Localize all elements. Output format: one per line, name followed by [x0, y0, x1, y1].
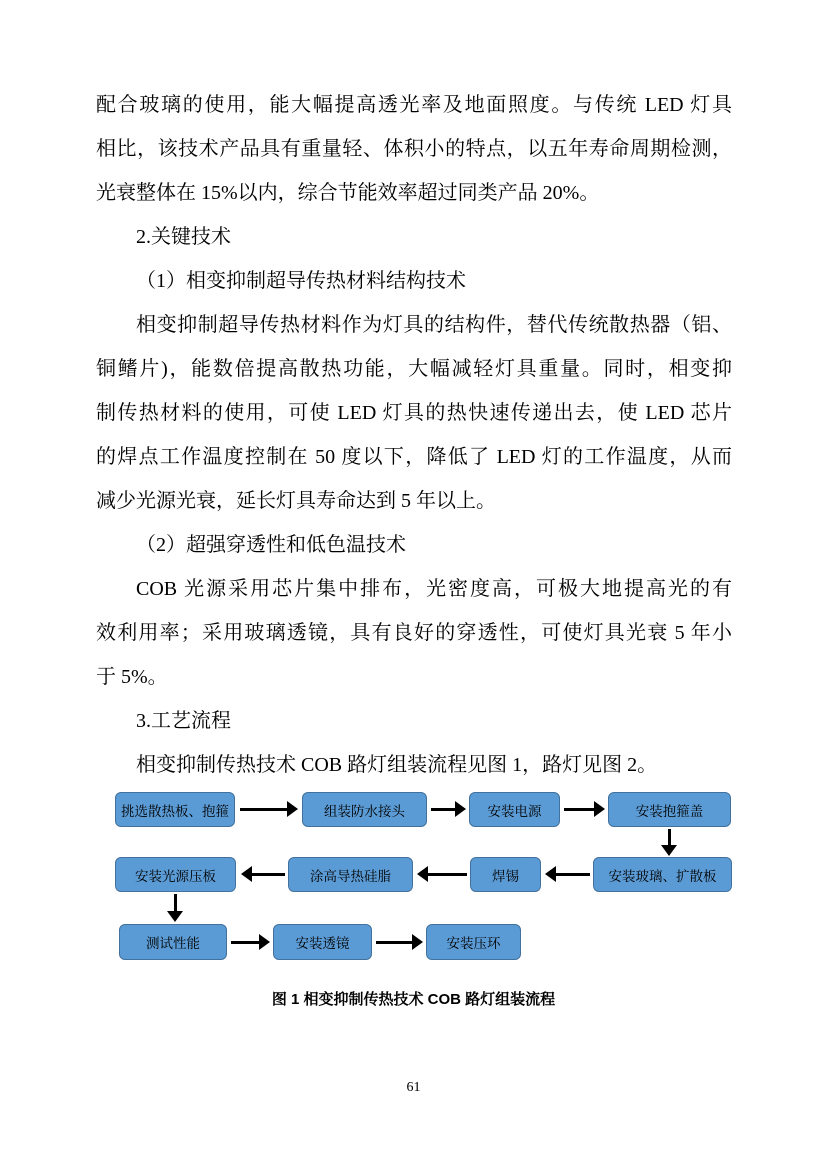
node-install-pressure-ring: 安装压环: [426, 924, 521, 960]
heading-process-flow: 3.工艺流程: [96, 699, 732, 743]
node-install-glass-diffuser: 安装玻璃、扩散板: [593, 857, 732, 892]
flow-arrow-left-icon: [545, 866, 590, 882]
body-line: 的焊点工作温度控制在 50 度以下，降低了 LED 灯的工作温度，从而: [96, 435, 732, 479]
flow-arrow-down-icon: [167, 894, 183, 922]
body-line: 相比，该技术产品具有重量轻、体积小的特点，以五年寿命周期检测，: [96, 127, 732, 171]
body-line: 于 5%。: [96, 655, 732, 699]
flow-arrow-left-icon: [241, 866, 285, 882]
node-test-performance: 测试性能: [119, 924, 227, 960]
node-install-hoop-cover: 安装抱箍盖: [608, 792, 731, 827]
body-line: 相变抑制传热技术 COB 路灯组装流程见图 1，路灯见图 2。: [96, 743, 732, 787]
body-line: 光衰整体在 15%以内，综合节能效率超过同类产品 20%。: [96, 171, 732, 215]
body-text: 配合玻璃的使用，能大幅提高透光率及地面照度。与传统 LED 灯具 相比，该技术产…: [96, 83, 732, 787]
flow-arrow-right-icon: [431, 801, 466, 817]
heading-key-technology: 2.关键技术: [96, 215, 732, 259]
document-page: 配合玻璃的使用，能大幅提高透光率及地面照度。与传统 LED 灯具 相比，该技术产…: [0, 0, 827, 1169]
node-soldering: 焊锡: [470, 857, 541, 892]
body-line: COB 光源采用芯片集中排布，光密度高，可极大地提高光的有: [96, 567, 732, 611]
body-line: 相变抑制超导传热材料作为灯具的结构件，替代传统散热器（铝、: [96, 303, 732, 347]
flow-arrow-left-icon: [417, 866, 467, 882]
page-number: 61: [0, 1080, 827, 1096]
node-install-light-source-plate: 安装光源压板: [115, 857, 236, 892]
flow-arrow-down-icon: [661, 829, 677, 856]
body-line: 效利用率；采用玻璃透镜，具有良好的穿透性，可使灯具光衰 5 年小: [96, 611, 732, 655]
flow-arrow-right-icon: [564, 801, 605, 817]
body-line: 配合玻璃的使用，能大幅提高透光率及地面照度。与传统 LED 灯具: [96, 83, 732, 127]
flow-arrow-right-icon: [376, 934, 423, 950]
node-install-power-supply: 安装电源: [469, 792, 560, 827]
body-line: 铜鳍片)，能数倍提高散热功能，大幅减轻灯具重量。同时，相变抑: [96, 347, 732, 391]
flow-arrow-right-icon: [231, 934, 270, 950]
node-apply-thermal-grease: 涂高导热硅脂: [288, 857, 413, 892]
body-line: 减少光源光衰，延长灯具寿命达到 5 年以上。: [96, 479, 732, 523]
flow-arrow-right-icon: [240, 801, 298, 817]
body-line: 制传热材料的使用，可使 LED 灯具的热快速传递出去，使 LED 芯片: [96, 391, 732, 435]
node-install-lens: 安装透镜: [273, 924, 372, 960]
node-assemble-waterproof-joint: 组装防水接头: [302, 792, 427, 827]
subheading-penetration: （2）超强穿透性和低色温技术: [96, 523, 732, 567]
figure-caption: 图 1 相变抑制传热技术 COB 路灯组装流程: [0, 988, 827, 1009]
subheading-phase-change: （1）相变抑制超导传热材料结构技术: [96, 259, 732, 303]
node-select-heatsink-hoop: 挑选散热板、抱箍: [115, 792, 235, 827]
